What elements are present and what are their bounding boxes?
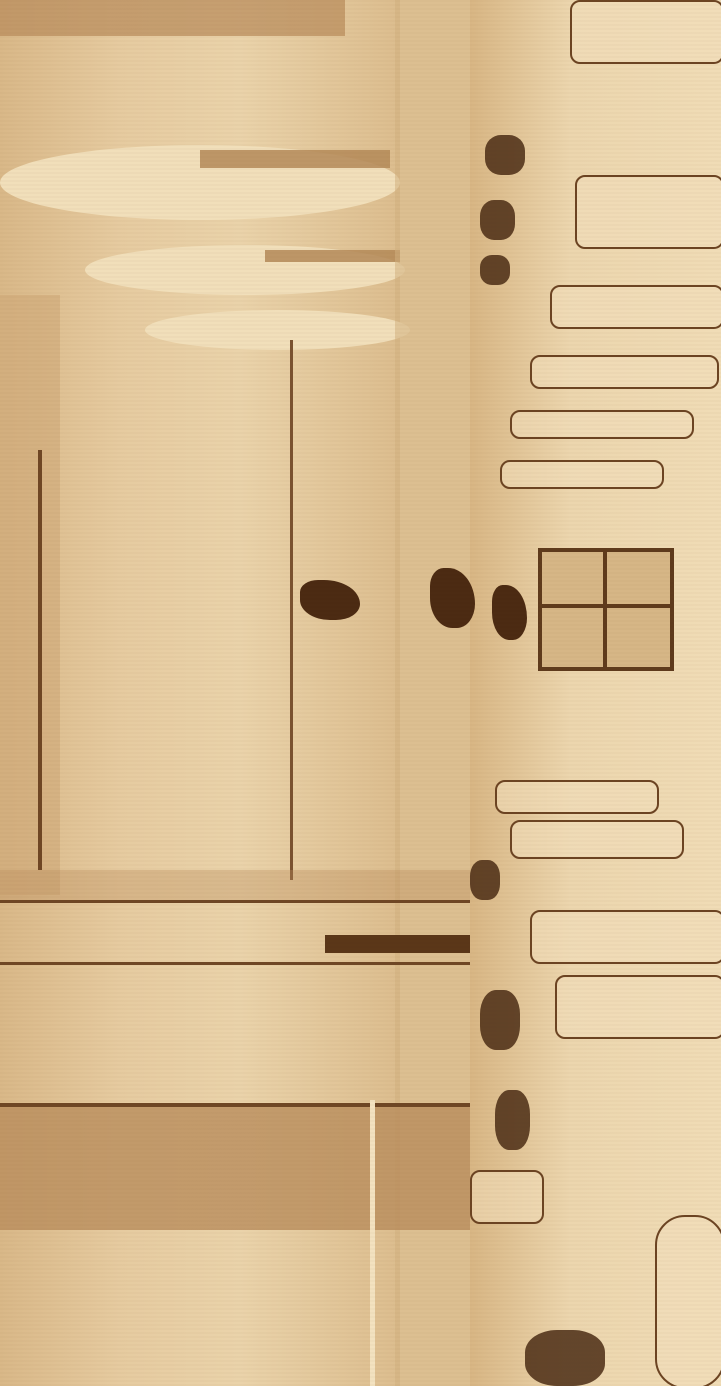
film-grain xyxy=(0,0,721,1386)
hospital-ward-photograph xyxy=(0,0,721,1386)
